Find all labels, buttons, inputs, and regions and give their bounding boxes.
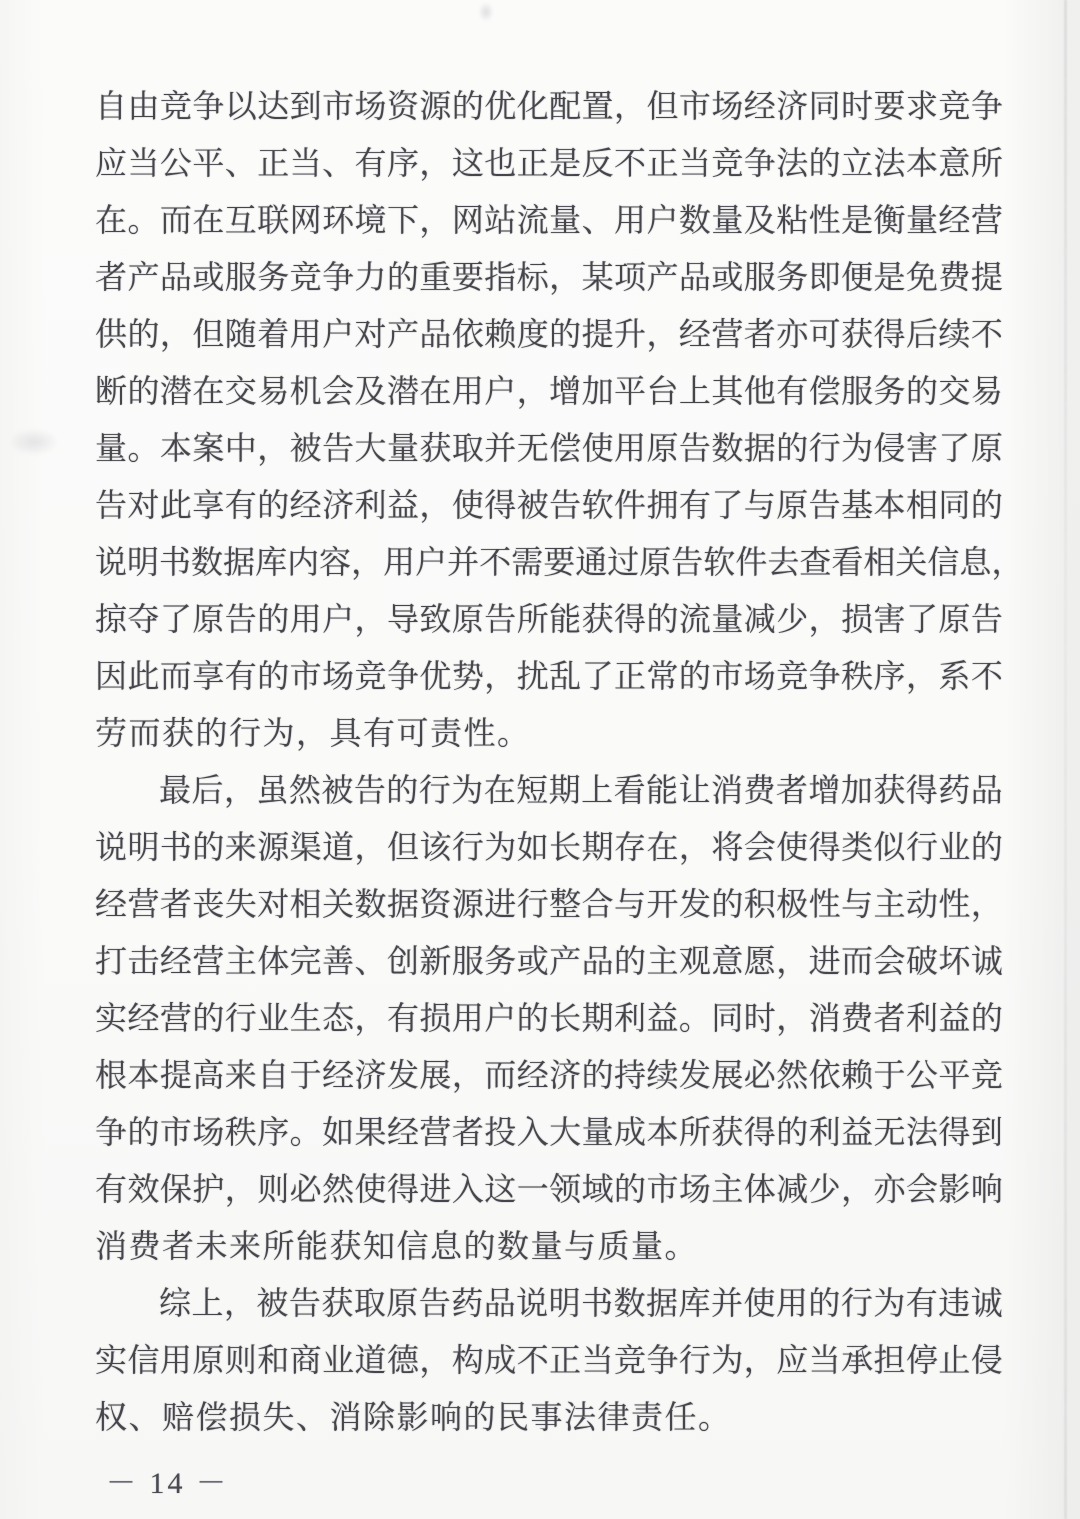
- text-line: 者产品或服务竞争力的重要指标，某项产品或服务即便是免费提: [95, 249, 1003, 306]
- text-line: 经营者丧失对相关数据资源进行整合与开发的积极性与主动性，: [95, 876, 1003, 933]
- text-line: 掠夺了原告的用户，导致原告所能获得的流量减少，损害了原告: [95, 591, 1003, 648]
- text-line: 消费者未来所能获知信息的数量与质量。: [95, 1218, 1003, 1275]
- text-line: 打击经营主体完善、创新服务或产品的主观意愿，进而会破坏诚: [95, 933, 1003, 990]
- text-line: 断的潜在交易机会及潜在用户，增加平台上其他有偿服务的交易: [95, 363, 1003, 420]
- text-line: 劳而获的行为，具有可责性。: [95, 705, 1003, 762]
- paragraph-1: 自由竞争以达到市场资源的优化配置，但市场经济同时要求竞争应当公平、正当、有序，这…: [95, 78, 1003, 762]
- scan-artifact-top: [478, 2, 494, 22]
- text-line: 争的市场秩序。如果经营者投入大量成本所获得的利益无法得到: [95, 1104, 1003, 1161]
- text-line: 在。而在互联网环境下，网站流量、用户数量及粘性是衡量经营: [95, 192, 1003, 249]
- paragraph-3: 综上，被告获取原告药品说明书数据库并使用的行为有违诚实信用原则和商业道德，构成不…: [95, 1275, 1003, 1446]
- text-line: 自由竞争以达到市场资源的优化配置，但市场经济同时要求竞争: [95, 78, 1003, 135]
- text-line: 应当公平、正当、有序，这也正是反不正当竞争法的立法本意所: [95, 135, 1003, 192]
- text-line: 说明书数据库内容，用户并不需要通过原告软件去查看相关信息，: [95, 534, 1003, 591]
- text-line: 综上，被告获取原告药品说明书数据库并使用的行为有违诚: [95, 1275, 1003, 1332]
- text-line: 供的，但随着用户对产品依赖度的提升，经营者亦可获得后续不: [95, 306, 1003, 363]
- text-line: 实信用原则和商业道德，构成不正当竞争行为，应当承担停止侵: [95, 1332, 1003, 1389]
- text-line: 因此而享有的市场竞争优势，扰乱了正常的市场竞争秩序，系不: [95, 648, 1003, 705]
- page-number: － 14 －: [106, 1462, 229, 1506]
- text-line: 根本提高来自于经济发展，而经济的持续发展必然依赖于公平竞: [95, 1047, 1003, 1104]
- page-edge-shadow: [1064, 0, 1067, 1519]
- text-line: 告对此享有的经济利益，使得被告软件拥有了与原告基本相同的: [95, 477, 1003, 534]
- text-line: 有效保护，则必然使得进入这一领域的市场主体减少，亦会影响: [95, 1161, 1003, 1218]
- paragraph-2: 最后，虽然被告的行为在短期上看能让消费者增加获得药品说明书的来源渠道，但该行为如…: [95, 762, 1003, 1275]
- scanned-document-page: 自由竞争以达到市场资源的优化配置，但市场经济同时要求竞争应当公平、正当、有序，这…: [0, 0, 1080, 1519]
- scan-artifact-smudge: [8, 428, 60, 456]
- text-line: 量。本案中，被告大量获取并无偿使用原告数据的行为侵害了原: [95, 420, 1003, 477]
- judgment-text-block: 自由竞争以达到市场资源的优化配置，但市场经济同时要求竞争应当公平、正当、有序，这…: [95, 78, 1003, 1446]
- text-line: 最后，虽然被告的行为在短期上看能让消费者增加获得药品: [95, 762, 1003, 819]
- text-line: 说明书的来源渠道，但该行为如长期存在，将会使得类似行业的: [95, 819, 1003, 876]
- text-line: 实经营的行业生态，有损用户的长期利益。同时，消费者利益的: [95, 990, 1003, 1047]
- text-line: 权、赔偿损失、消除影响的民事法律责任。: [95, 1389, 1003, 1446]
